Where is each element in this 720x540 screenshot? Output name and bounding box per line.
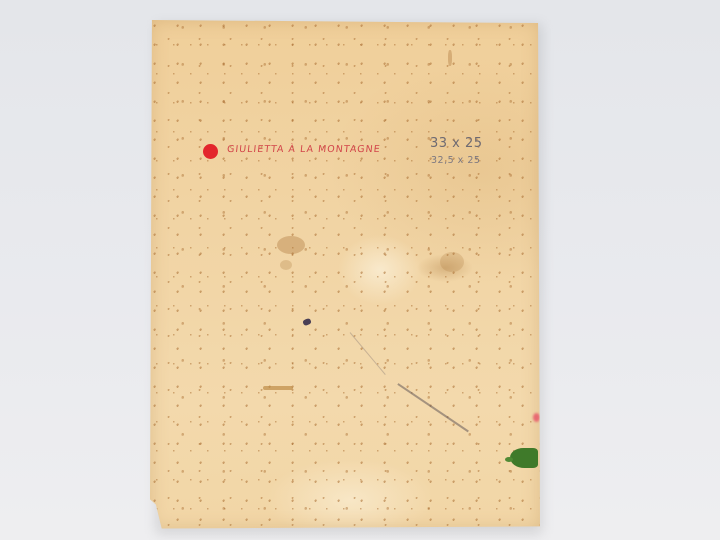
foxing-texture: [150, 20, 540, 530]
dimensions-inscription: 33 x 25: [430, 136, 483, 151]
paint-drip: [263, 386, 293, 390]
stain: [448, 50, 452, 66]
stain: [280, 260, 292, 270]
artwork-board-back: GIULIETTA À LA MONTAGNE 33 x 25 32,5 x 2…: [150, 20, 540, 530]
stain: [277, 236, 305, 254]
dimensions-inscription-secondary: 32,5 x 25: [431, 155, 480, 166]
green-paint-fleck: [505, 457, 513, 462]
artwork-title-inscription: GIULIETTA À LA MONTAGNE: [226, 144, 381, 155]
red-marker-dot: [203, 144, 218, 159]
stain: [440, 252, 464, 272]
green-paint-smudge: [510, 448, 538, 468]
pink-paint-smudge: [533, 413, 540, 422]
